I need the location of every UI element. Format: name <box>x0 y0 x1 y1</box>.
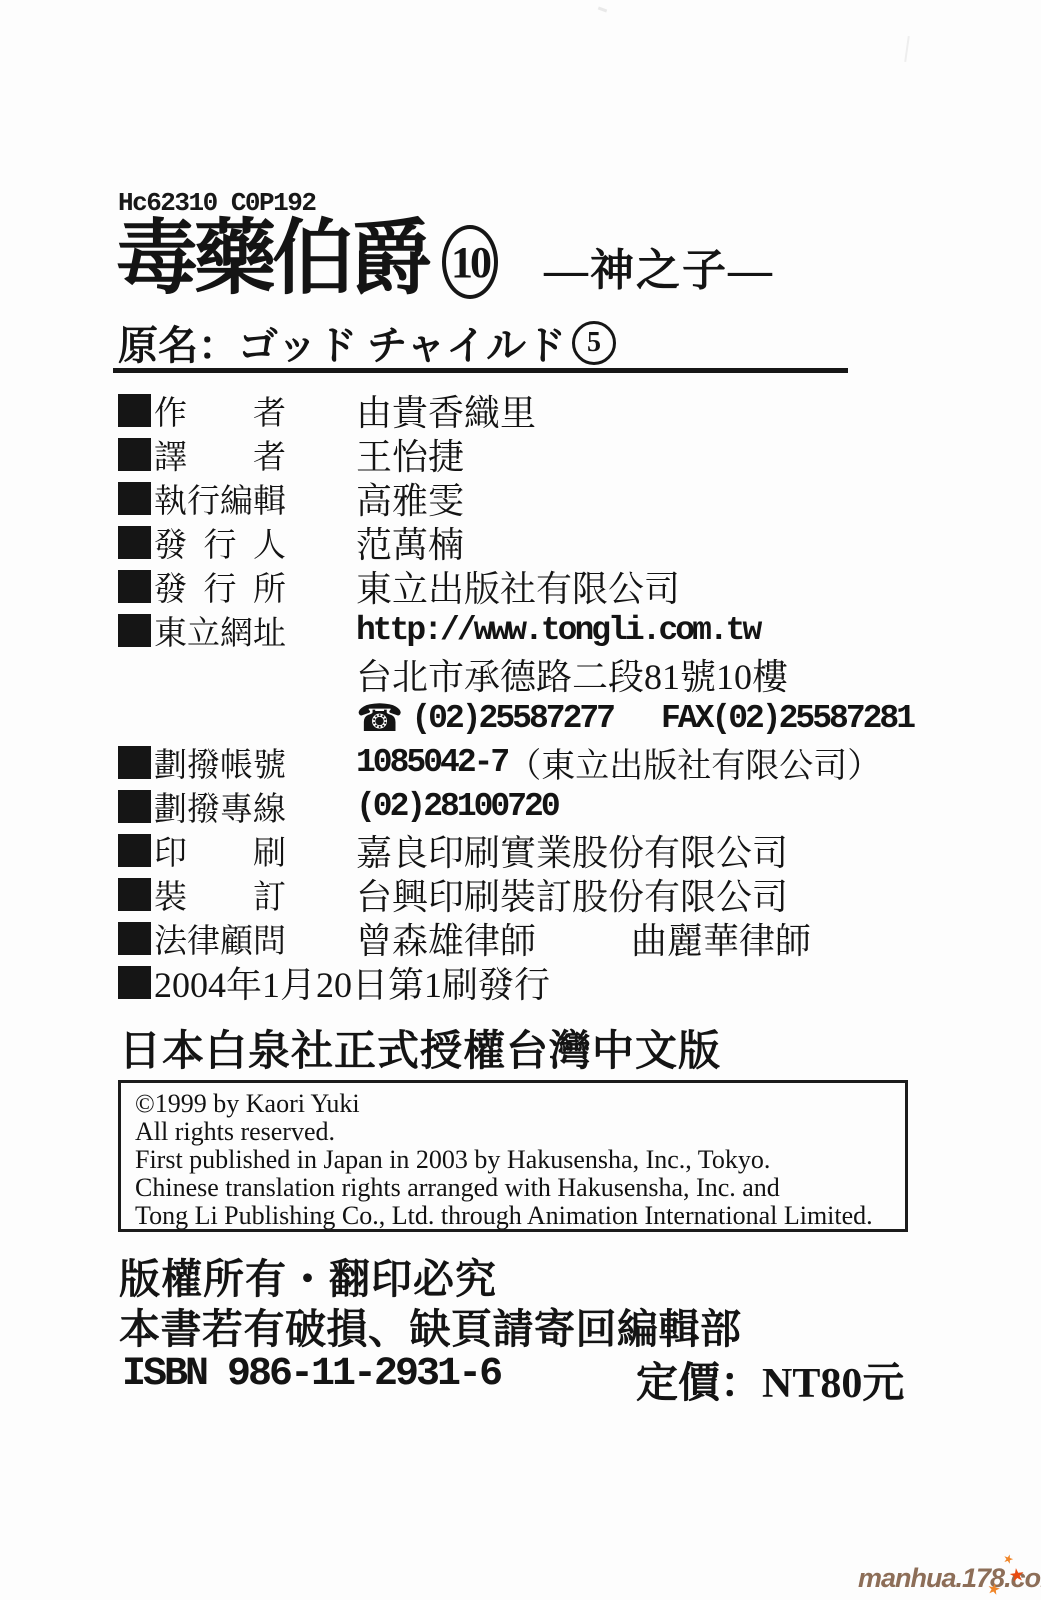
square-bullet-icon <box>118 790 151 823</box>
star-icon: ★ <box>1008 1566 1026 1586</box>
fax-number: FAX(02)25587281 <box>661 700 913 737</box>
credit-row-address: 台北市承德路二段81號10樓 <box>118 652 938 696</box>
postal-account-number: 1085042-7 <box>356 744 507 781</box>
credit-label: 劃撥專線 <box>154 783 286 830</box>
square-bullet-icon <box>118 570 151 603</box>
credit-label: 印刷 <box>154 827 286 874</box>
phone-number: (02)25587277 <box>411 700 613 737</box>
credit-row-postal-account: 劃撥帳號 1085042-7 （東立出版社有限公司） <box>118 740 938 784</box>
credit-label: 法律顧問 <box>154 915 286 962</box>
square-bullet-icon <box>118 614 151 647</box>
title-row: 毒藥伯爵 10 —神之子— <box>116 218 774 300</box>
license-heading: 日本白泉社正式授權台灣中文版 <box>119 1018 721 1078</box>
square-bullet-icon <box>118 394 151 427</box>
original-title-line: 原名：ゴッド チャイルド 5 <box>118 314 616 371</box>
credit-row-website: 東立網址 http://www.tongli.com.tw <box>118 608 938 652</box>
copyright-line: Tong Li Publishing Co., Ltd. through Ani… <box>135 1202 905 1230</box>
credit-row-bindery: 裝訂 台興印刷裝訂股份有限公司 <box>118 872 938 916</box>
square-bullet-icon <box>118 966 151 999</box>
credit-label: 發行人 <box>154 519 286 566</box>
square-bullet-icon <box>118 526 151 559</box>
square-bullet-icon <box>118 922 151 955</box>
square-bullet-icon <box>118 746 151 779</box>
credits-list: 作者 由貴香織里 譯者 王怡捷 執行編輯 高雅雯 發行人 范萬楠 發行所 東立出… <box>118 388 938 1004</box>
copyright-line: Chinese translation rights arranged with… <box>135 1174 905 1202</box>
scan-artifact <box>598 7 607 13</box>
square-bullet-icon <box>118 482 151 515</box>
credit-row-postal-hotline: 劃撥專線 (02)28100720 <box>118 784 938 828</box>
website-url: http://www.tongli.com.tw <box>356 612 759 649</box>
credit-row-executive-editor: 執行編輯 高雅雯 <box>118 476 938 520</box>
credit-row-legal-advisor: 法律顧問 曾森雄律師 曲麗華律師 <box>118 916 938 960</box>
volume-badge: 10 <box>442 225 498 299</box>
print-date: 2004年1月20日第1刷發行 <box>154 957 550 1008</box>
credit-label: 執行編輯 <box>154 475 286 522</box>
square-bullet-icon <box>118 878 151 911</box>
colophon-page: Hc62310 C0P192 毒藥伯爵 10 —神之子— 原名：ゴッド チャイル… <box>0 0 1041 1600</box>
title-divider <box>113 368 848 373</box>
credit-row-issuer: 發行人 范萬楠 <box>118 520 938 564</box>
credit-row-printer: 印刷 嘉良印刷實業股份有限公司 <box>118 828 938 872</box>
book-subtitle: —神之子— <box>544 234 774 298</box>
copyright-box: ©1999 by Kaori Yuki All rights reserved.… <box>118 1080 908 1232</box>
original-volume-number: 5 <box>587 327 601 359</box>
legal-advisor-2: 曲麗華律師 <box>631 913 811 964</box>
postal-account-holder: （東立出版社有限公司） <box>507 738 881 787</box>
credit-label: 東立網址 <box>154 607 286 654</box>
credit-value: 東立出版社有限公司 <box>356 561 680 612</box>
publisher-address: 台北市承德路二段81號10樓 <box>356 649 788 700</box>
copyright-line: First published in Japan in 2003 by Haku… <box>135 1146 905 1174</box>
volume-number: 10 <box>451 237 489 288</box>
square-bullet-icon <box>118 834 151 867</box>
credit-label: 裝訂 <box>154 871 286 918</box>
credit-row-author: 作者 由貴香織里 <box>118 388 938 432</box>
star-icon: ★ <box>986 1581 1002 1598</box>
credit-label: 劃撥帳號 <box>154 739 286 786</box>
original-volume-badge: 5 <box>572 321 616 365</box>
copyright-line: All rights reserved. <box>135 1118 905 1146</box>
credit-label: 作者 <box>154 387 286 434</box>
credit-row-translator: 譯者 王怡捷 <box>118 432 938 476</box>
telephone-icon: ☎ <box>356 699 403 737</box>
price: 定價：NT80元 <box>636 1350 904 1410</box>
credit-row-print-date: 2004年1月20日第1刷發行 <box>118 960 938 1004</box>
copyright-line: ©1999 by Kaori Yuki <box>135 1090 905 1118</box>
postal-hotline-number: (02)28100720 <box>356 788 558 825</box>
square-bullet-icon <box>118 438 151 471</box>
credit-row-phone-fax: ☎ (02)25587277 FAX(02)25587281 <box>118 696 938 740</box>
credit-row-publisher: 發行所 東立出版社有限公司 <box>118 564 938 608</box>
credit-label: 發行所 <box>154 563 286 610</box>
credit-label: 譯者 <box>154 431 286 478</box>
scan-artifact <box>904 36 910 62</box>
isbn: ISBN 986-11-2931-6 <box>122 1352 500 1397</box>
damage-notice: 本書若有破損、缺頁請寄回編輯部 <box>119 1296 742 1355</box>
original-title-text: 原名：ゴッド チャイルド <box>118 314 566 371</box>
book-title: 毒藥伯爵 <box>116 218 428 300</box>
